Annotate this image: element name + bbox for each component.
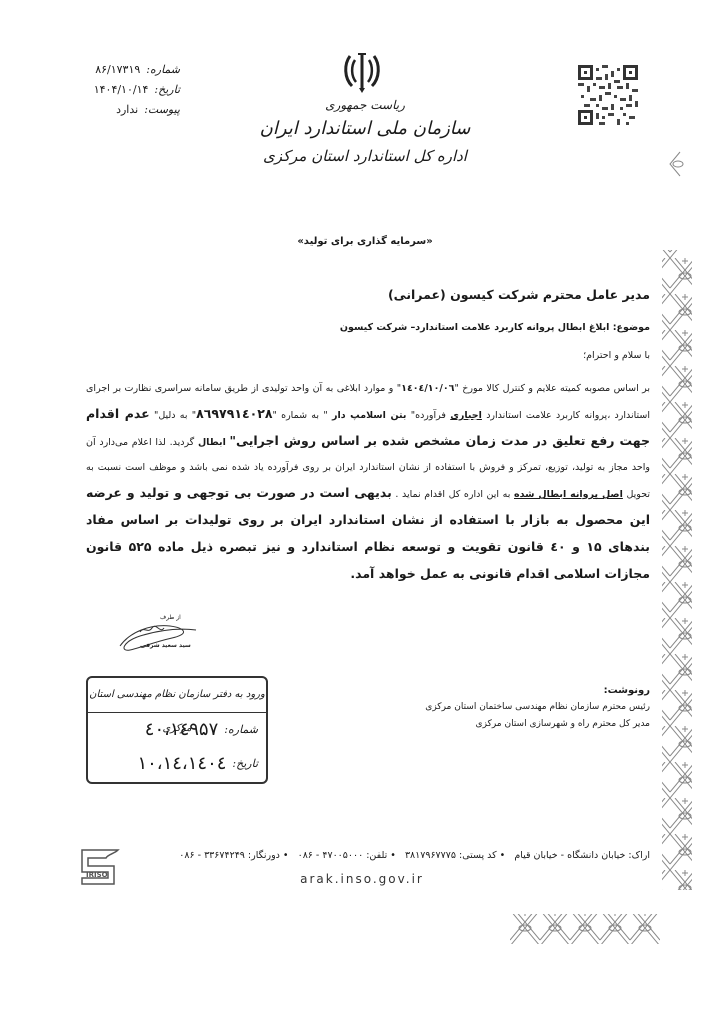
inso-logo-icon: IRISO <box>78 848 122 888</box>
stamp-title: ورود به دفتر سازمان نظام مهندسی استان مر… <box>88 678 266 713</box>
letter-body: بر اساس مصوبه کمیته علایم و کنترل کالا م… <box>86 376 650 588</box>
letter-date: تاریخ: ۱۴۰۴/۱۰/۱۴ <box>70 80 180 100</box>
iran-emblem-icon <box>342 50 382 94</box>
org-line-national: سازمان ملی استاندارد ایران <box>250 114 480 144</box>
stamp-number-row: شماره: ٤۰،۱٤۹۵۷ <box>88 713 266 747</box>
cc-title: رونوشت: <box>420 682 650 699</box>
letter-attachment: پیوست: ندارد <box>70 100 180 120</box>
license-number: ۸٦۹۷۹۱٤۰۲۸ <box>196 406 272 421</box>
signature-icon <box>110 612 200 656</box>
organization-header: ریاست جمهوری سازمان ملی استاندارد ایران … <box>250 96 480 168</box>
letter-number: شماره: ۸۶/۱۷۳۱۹ <box>70 60 180 80</box>
footer-address: اراک: خیابان دانشگاه - خیابان قیام <box>514 850 650 861</box>
cc-list: رونوشت: رئیس محترم سازمان نظام مهندسی سا… <box>420 682 650 733</box>
letter-meta: شماره: ۸۶/۱۷۳۱۹ تاریخ: ۱۴۰۴/۱۰/۱۴ پیوست:… <box>70 60 180 120</box>
cc-item: مدیر کل محترم راه و شهرسازی استان مرکزی <box>420 716 650 733</box>
org-line-provincial: اداره کل استاندارد استان مرکزی <box>250 144 480 168</box>
decorative-border-icon <box>640 150 720 930</box>
svg-text:IRISO: IRISO <box>86 871 108 879</box>
greeting: با سلام و احترام؛ <box>560 350 650 361</box>
product-name: بتن اسلامپ دار <box>332 410 406 421</box>
stamp-number: ٤۰،۱٤۹۵۷ <box>145 713 219 747</box>
subject-line: موضوع: ابلاغ ابطال پروانه کاربرد علامت ا… <box>300 322 650 333</box>
footer-postal-code: • کد پستی: ۳۸۱۷۹۶۷۷۷۵ <box>405 850 505 861</box>
qr-code-icon <box>578 65 638 125</box>
mandatory-label: اجباری <box>450 410 482 421</box>
original-license-label: اصل پروانه ابطال شده <box>514 489 623 500</box>
addressee: مدیر عامل محترم شرکت کیسون (عمرانی) <box>380 287 650 302</box>
slogan: «سرمایه گذاری برای تولید» <box>290 236 440 247</box>
footer-contact: اراک: خیابان دانشگاه - خیابان قیام • کد … <box>118 850 650 861</box>
footer-fax: • دورنگار: ۳۳۶۷۴۲۴۹ - ۰۸۶ <box>179 850 288 861</box>
footer-phone: • تلفن: ۴۷۰۰۵۰۰۰ - ۰۸۶ <box>298 850 396 861</box>
committee-date: ۱٤۰٤/۱۰/۰٦ <box>401 383 454 394</box>
receipt-stamp: ورود به دفتر سازمان نظام مهندسی استان مر… <box>86 676 268 784</box>
cc-item: رئیس محترم سازمان نظام مهندسی ساختمان اس… <box>420 699 650 716</box>
stamp-date: ۱٤۰٤،۱۰،۱٤ <box>137 747 226 781</box>
signatory-name: سید سعید شرفی <box>140 642 191 649</box>
revoked-label: ابطال <box>198 437 226 448</box>
stamp-date-row: تاریخ: ۱٤۰٤،۱۰،۱٤ <box>88 747 266 781</box>
org-line-presidency: ریاست جمهوری <box>250 96 480 114</box>
footer-website: arak.inso.gov.ir <box>262 872 462 886</box>
decorative-bottom-border-icon <box>510 910 670 946</box>
